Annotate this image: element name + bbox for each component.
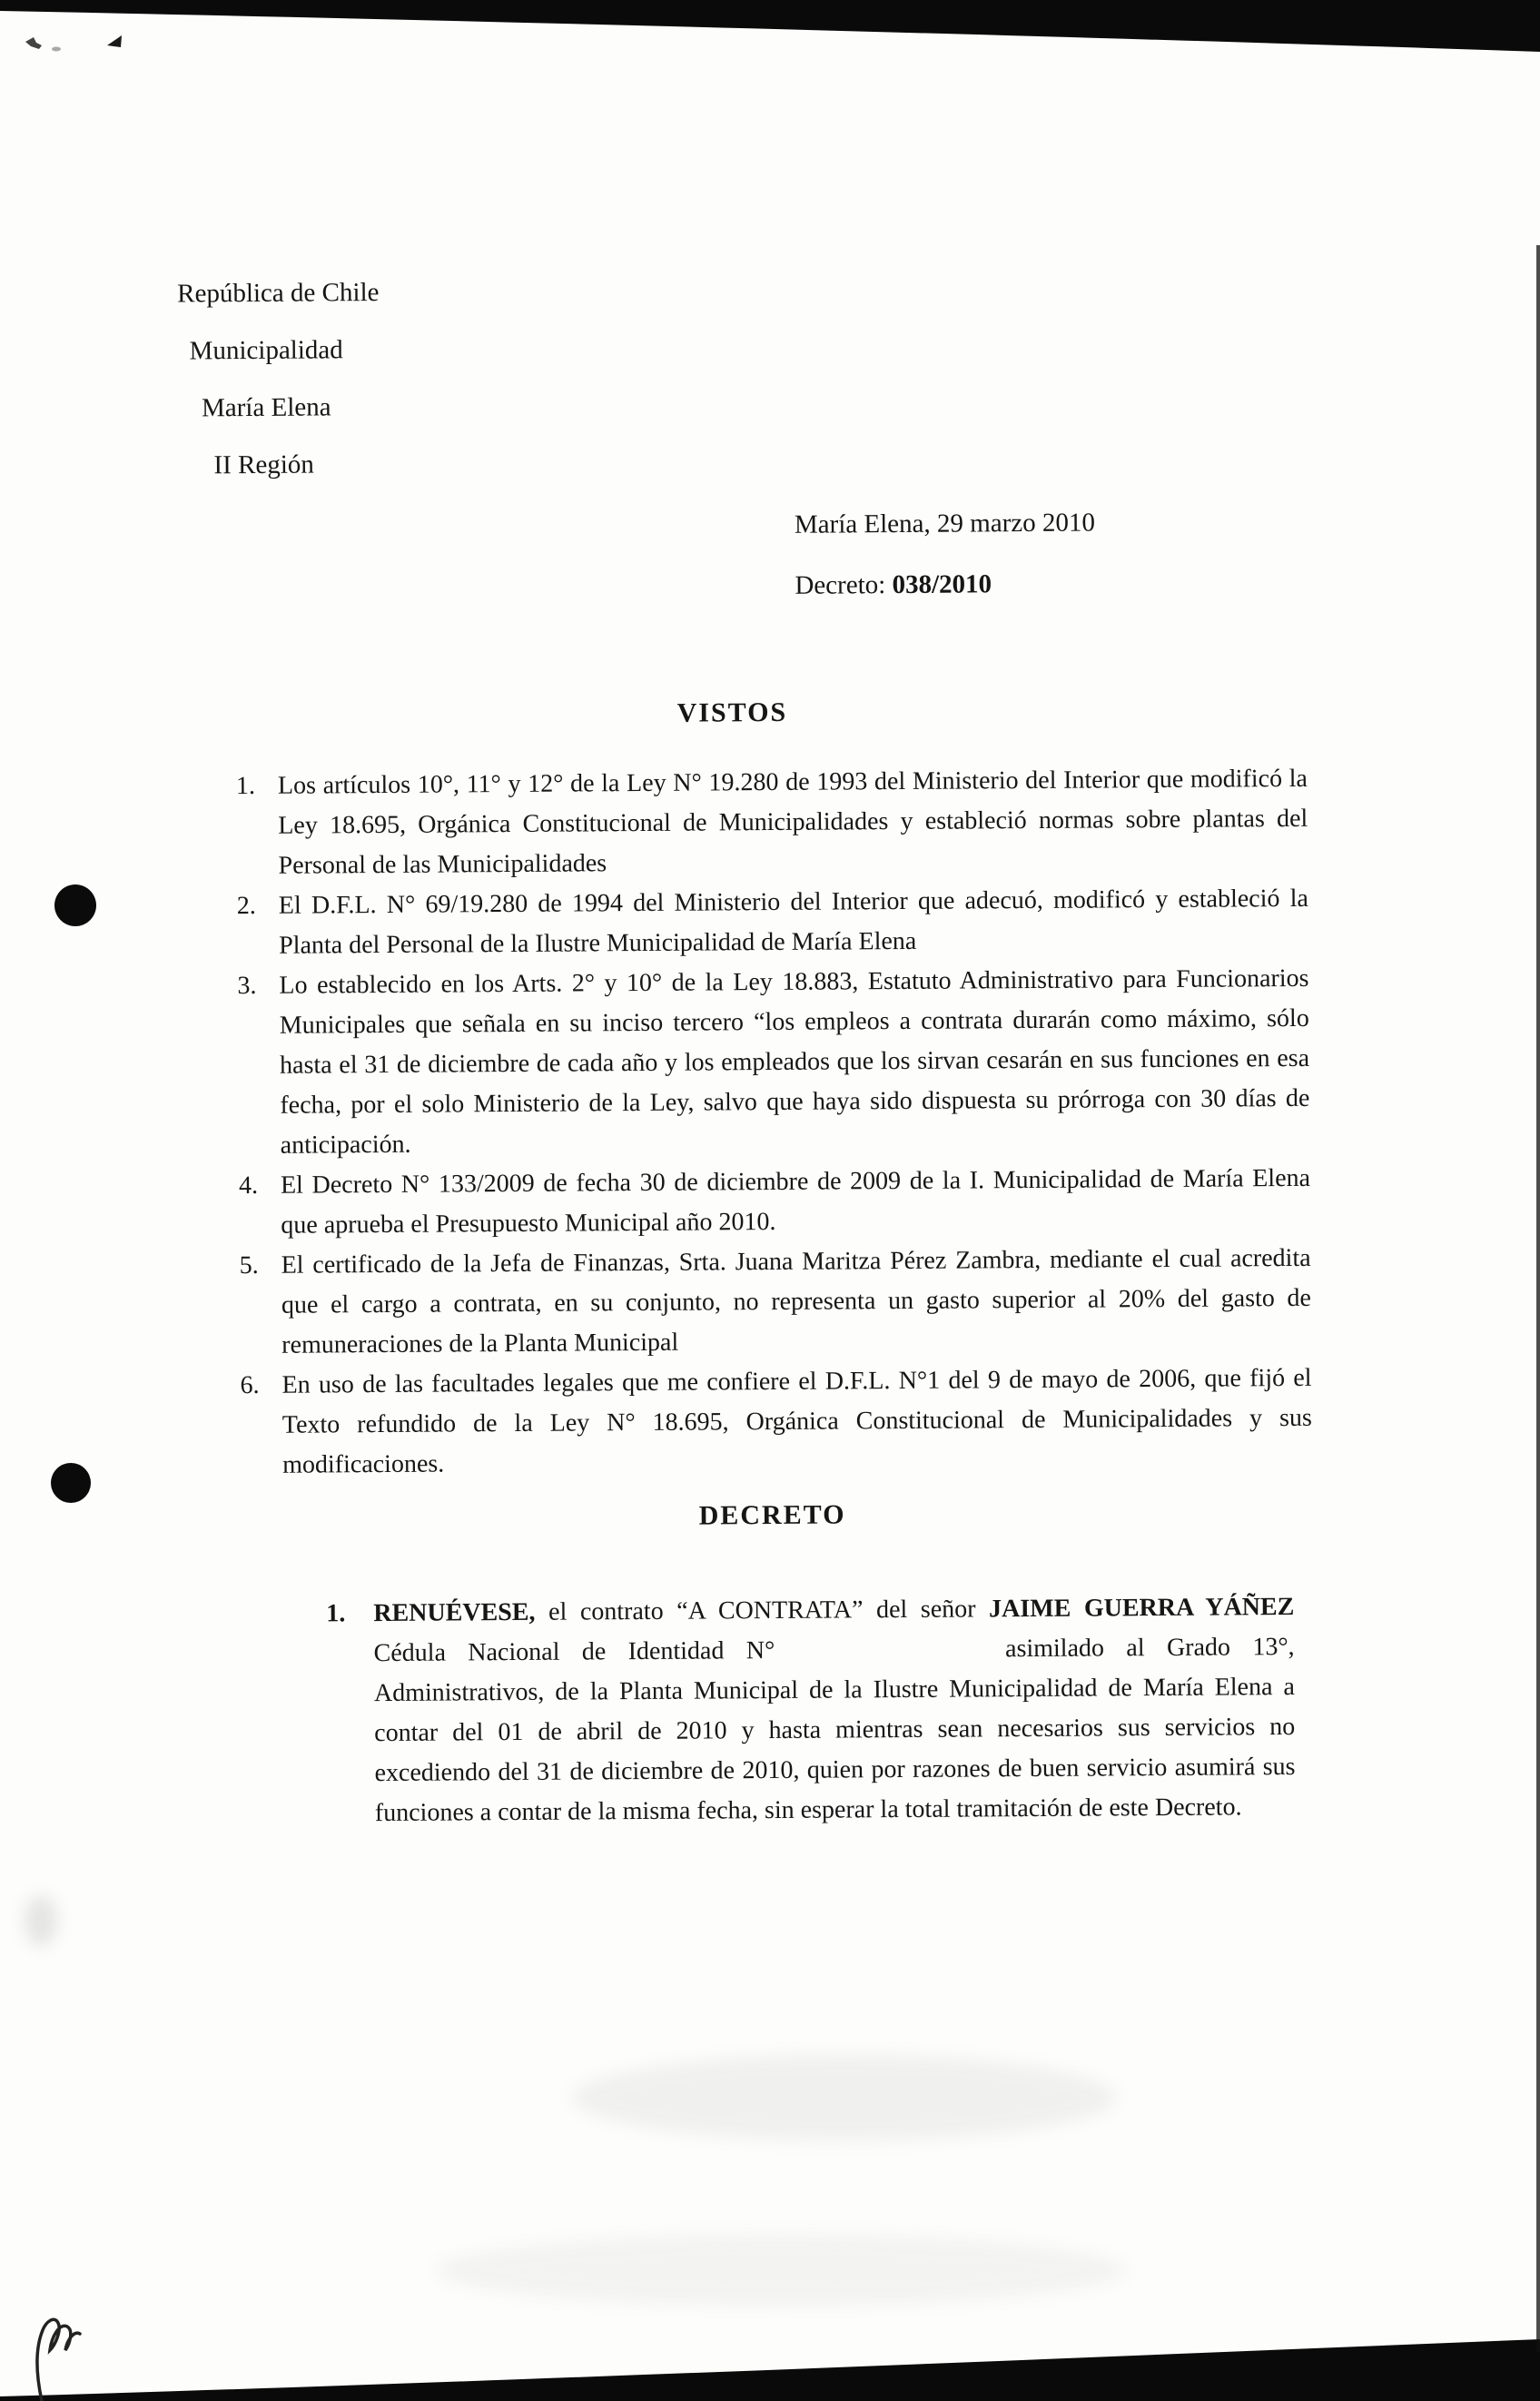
vistos-heading: VISTOS [205, 694, 1259, 732]
item-number: 6. [240, 1366, 282, 1486]
vistos-item-3: 3. Lo establecido en los Arts. 2° y 10° … [237, 959, 1310, 1166]
item-text: Los artículos 10°, 11° y 12° de la Ley N… [278, 759, 1308, 886]
document-content: República de Chile Municipalidad María E… [0, 0, 1540, 2401]
letterhead-line-country: República de Chile [177, 264, 380, 323]
letterhead: República de Chile Municipalidad María E… [177, 264, 380, 495]
item-text: El certificado de la Jefa de Finanzas, S… [281, 1239, 1311, 1366]
vistos-item-2: 2. El D.F.L. N° 69/19.280 de 1994 del Mi… [237, 879, 1309, 966]
decree-number-line: Decreto: 038/2010 [795, 569, 992, 601]
decreto-item-1: 1. RENUÉVESE, el contrato “A CONTRATA” d… [326, 1587, 1296, 1833]
item-text: El D.F.L. N° 69/19.280 de 1994 del Minis… [279, 879, 1309, 966]
dateline: María Elena, 29 marzo 2010 [795, 508, 1095, 539]
item-number: 3. [237, 966, 281, 1166]
decree-label: Decreto: [795, 570, 885, 600]
decree-verb: RENUÉVESE, [373, 1598, 535, 1627]
letterhead-line-region: II Región [178, 436, 380, 495]
item-number: 1. [236, 766, 279, 886]
letterhead-line-municipality: Municipalidad [177, 321, 380, 380]
appointee-name: JAIME GUERRA YÁÑEZ [989, 1593, 1294, 1623]
redacted-id-gap [797, 1655, 983, 1657]
vistos-item-5: 5. El certificado de la Jefa de Finanzas… [239, 1239, 1311, 1366]
decree-text-segment: Cédula Nacional de Identidad N° [374, 1636, 775, 1667]
item-text: En uso de las facultades legales que me … [281, 1359, 1312, 1486]
item-text: El Decreto N° 133/2009 de fecha 30 de di… [281, 1159, 1311, 1246]
item-text: RENUÉVESE, el contrato “A CONTRATA” del … [373, 1587, 1296, 1833]
decreto-list: 1. RENUÉVESE, el contrato “A CONTRATA” d… [326, 1587, 1296, 1833]
vistos-item-6: 6. En uso de las facultades legales que … [240, 1359, 1312, 1486]
decree-text-segment: el contrato “A CONTRATA” del señor [548, 1595, 976, 1625]
decree-number: 038/2010 [892, 569, 992, 599]
letterhead-line-city: María Elena [178, 379, 380, 438]
item-text: Lo establecido en los Arts. 2° y 10° de … [279, 959, 1310, 1166]
item-number: 4. [239, 1166, 281, 1246]
vistos-item-4: 4. El Decreto N° 133/2009 de fecha 30 de… [239, 1159, 1311, 1246]
vistos-list: 1. Los artículos 10°, 11° y 12° de la Le… [236, 759, 1313, 1486]
item-number: 2. [237, 886, 280, 966]
item-number: 1. [326, 1594, 375, 1833]
decreto-heading: DECRETO [245, 1497, 1298, 1535]
scanned-decree-page: República de Chile Municipalidad María E… [0, 0, 1540, 2401]
vistos-item-1: 1. Los artículos 10°, 11° y 12° de la Le… [236, 759, 1308, 886]
item-number: 5. [239, 1246, 281, 1366]
